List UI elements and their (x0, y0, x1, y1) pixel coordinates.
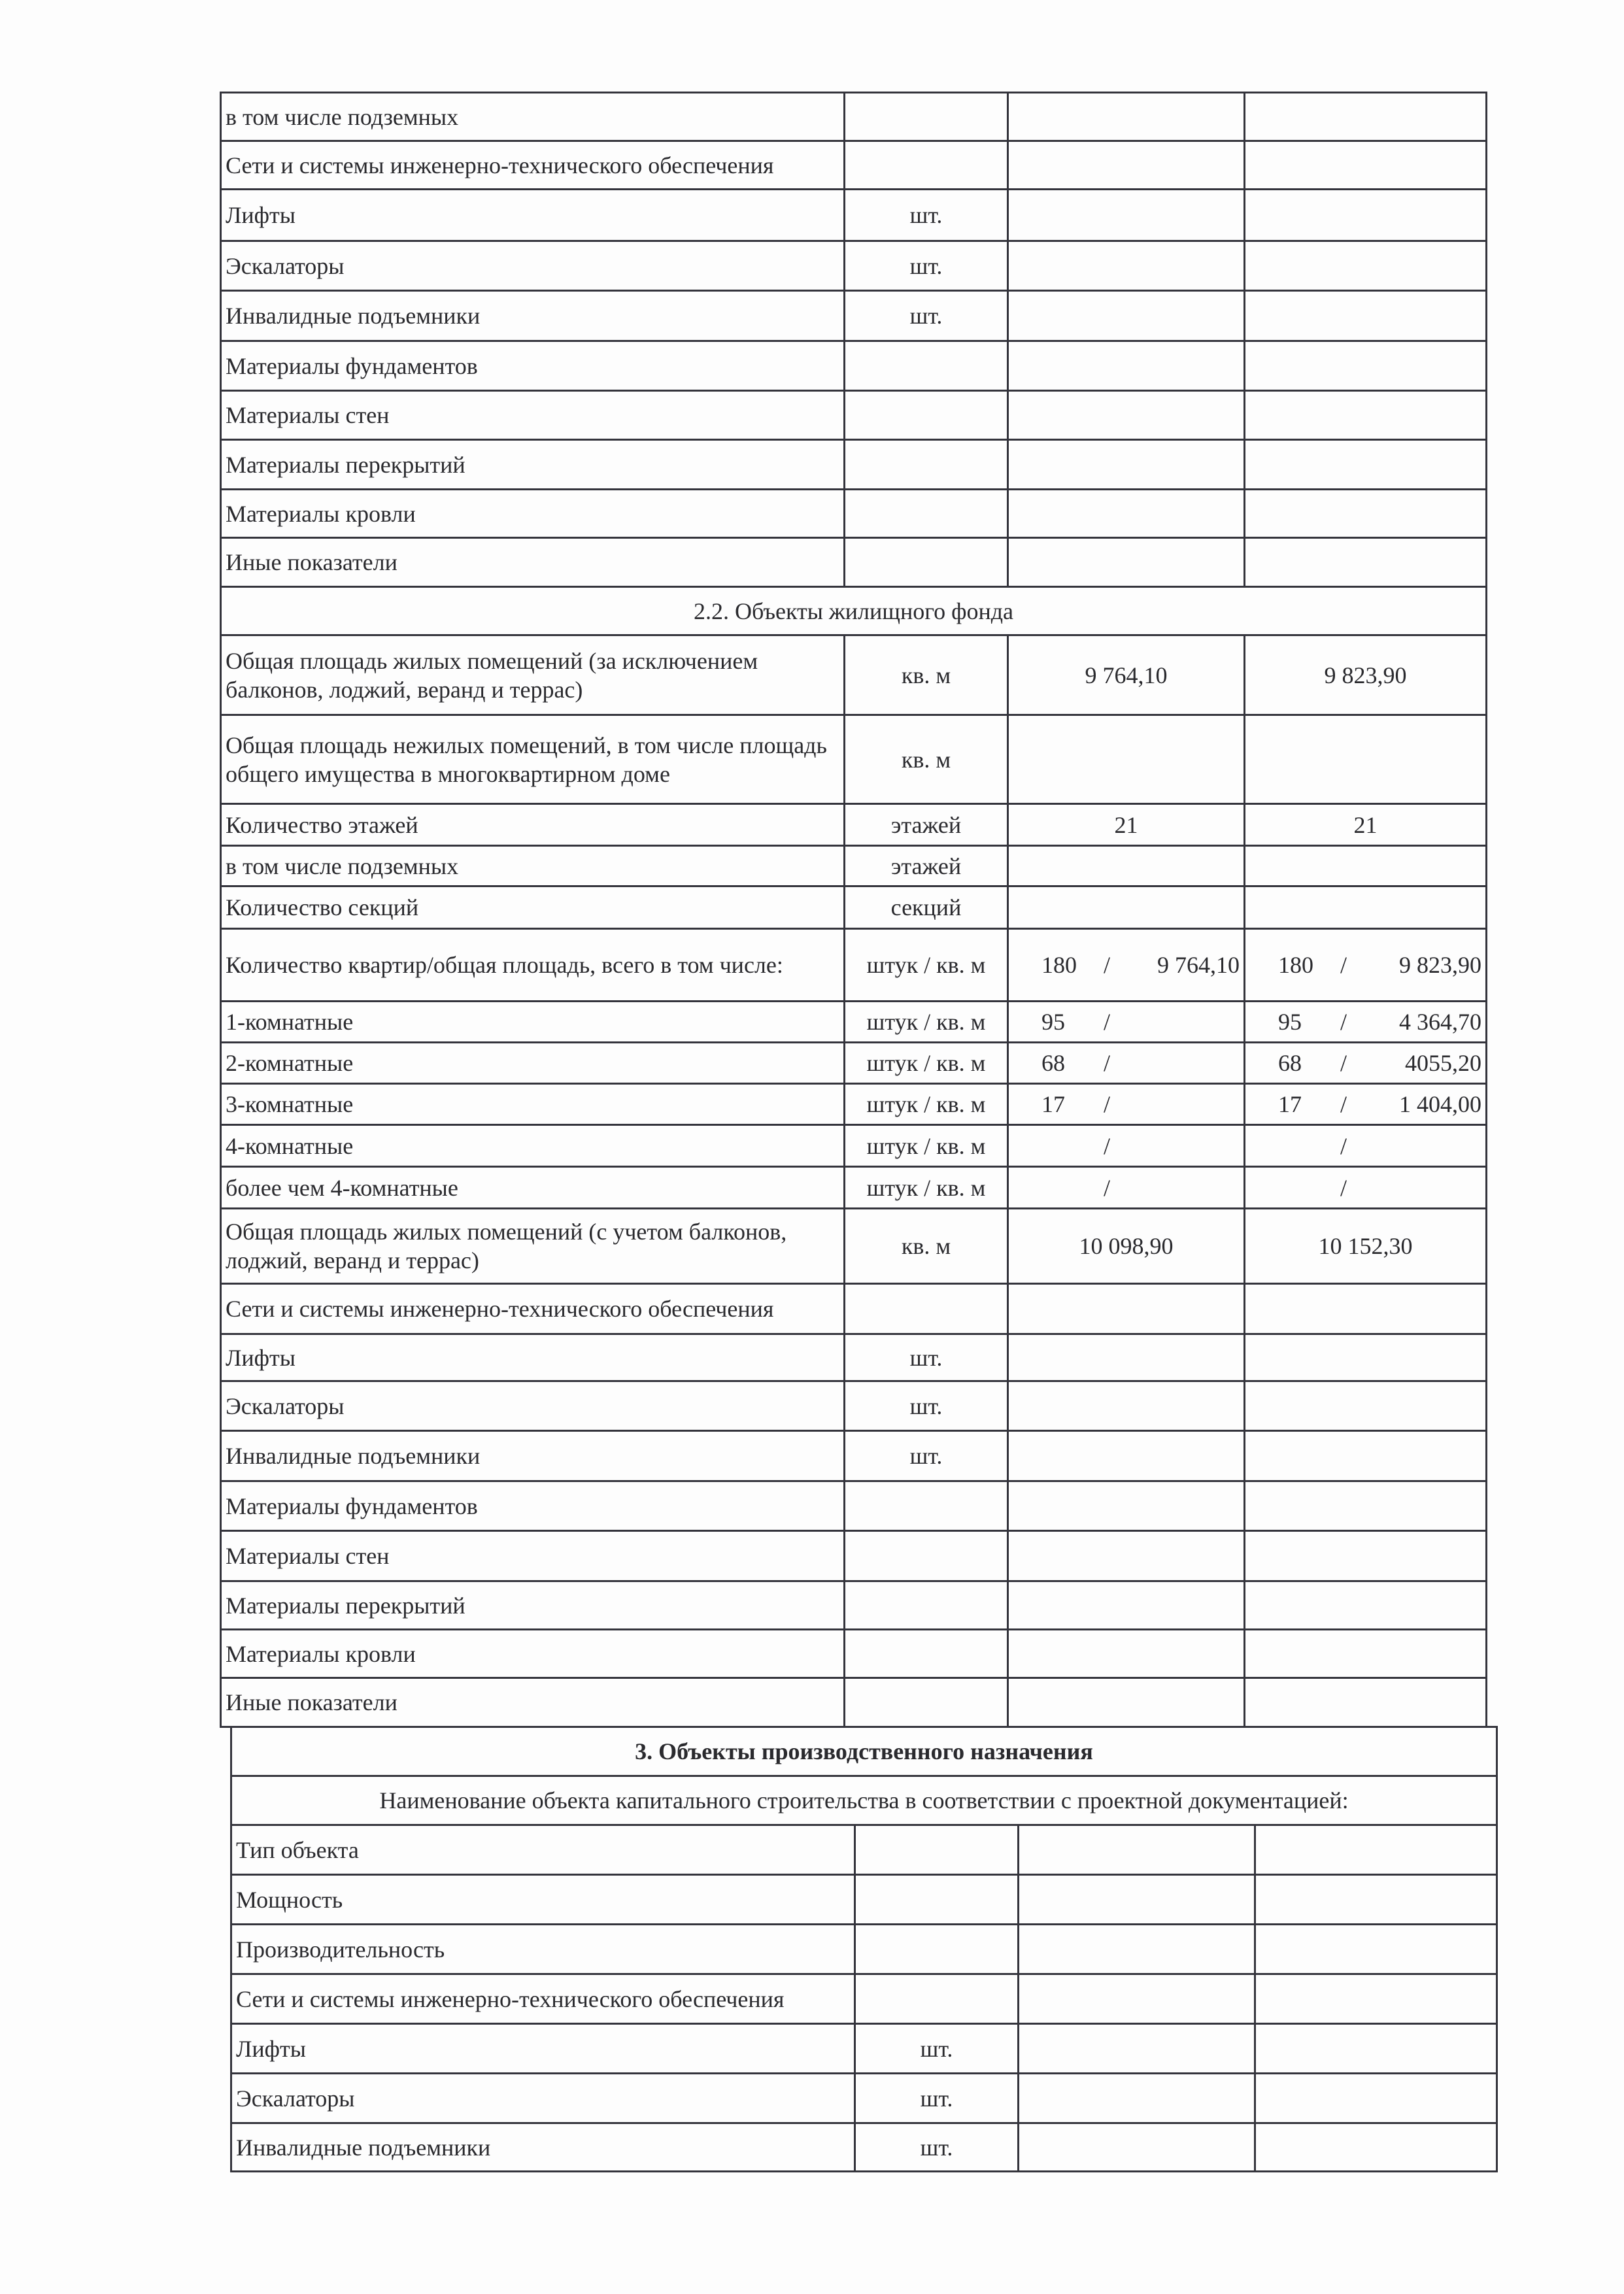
row-unit: штук / кв. м (845, 1125, 1008, 1167)
row-unit: шт. (845, 1381, 1008, 1431)
row-unit (845, 93, 1008, 141)
row-label: Материалы кровли (221, 490, 845, 538)
value-col-2: / (1245, 1167, 1487, 1209)
apartment-count: 17 (1041, 1090, 1094, 1119)
row-unit (845, 1678, 1008, 1727)
row-label: Сети и системы инженерно-технического об… (231, 1974, 855, 2024)
row-unit: шт. (855, 2074, 1019, 2123)
value-col-1 (1019, 2074, 1255, 2123)
value-col-1 (1008, 1334, 1245, 1381)
value-col-1 (1008, 538, 1245, 587)
table-row: Инвалидные подъемникишт. (231, 2123, 1497, 2172)
value-col-2 (1245, 490, 1487, 538)
row-unit: штук / кв. м (845, 1167, 1008, 1209)
separator-slash: / (1330, 1173, 1357, 1202)
apartment-row: 4-комнатныештук / кв. м// (221, 1125, 1487, 1167)
row-label: Материалы стен (221, 391, 845, 440)
section-header-housing: 2.2. Объекты жилищного фонда (221, 587, 1487, 635)
value-col-2 (1255, 2024, 1497, 2074)
value-col-2 (1245, 1531, 1487, 1581)
apartment-row: более чем 4-комнатныештук / кв. м// (221, 1167, 1487, 1209)
table-row: Общая площадь жилых помещений (с учетом … (221, 1209, 1487, 1284)
table-row: Иные показатели (221, 1678, 1487, 1727)
row-unit: этажей (845, 804, 1008, 846)
row-unit (855, 1875, 1019, 1925)
row-label: в том числе подземных (221, 846, 845, 886)
row-unit: кв. м (845, 715, 1008, 804)
value-col-2 (1245, 440, 1487, 490)
count-area-pair: 95/4 364,70 (1249, 1007, 1481, 1036)
table-row: Инвалидные подъемникишт. (221, 291, 1487, 341)
value-col-1 (1008, 886, 1245, 929)
apartment-count: 95 (1041, 1007, 1094, 1036)
value-col-1 (1008, 1381, 1245, 1431)
table-row: в том числе подземныхэтажей (221, 846, 1487, 886)
count-area-pair: 17/ (1013, 1090, 1240, 1119)
section-header-production: 3. Объекты производственного назначения (231, 1727, 1497, 1776)
row-label: Эскалаторы (221, 241, 845, 291)
value-col-2 (1245, 846, 1487, 886)
value-col-1 (1008, 93, 1245, 141)
apartment-count: 68 (1278, 1049, 1330, 1077)
value-col-2 (1255, 1825, 1497, 1875)
row-label: Общая площадь жилых помещений (с учетом … (221, 1209, 845, 1284)
table-row: Эскалаторышт. (231, 2074, 1497, 2123)
table-row: Материалы кровли (221, 490, 1487, 538)
table-row: Материалы стен (221, 1531, 1487, 1581)
table-row: Сети и системы инженерно-технического об… (221, 1284, 1487, 1334)
value-col-1: 10 098,90 (1008, 1209, 1245, 1284)
row-label: Количество квартир/общая площадь, всего … (221, 929, 845, 1002)
row-unit: секций (845, 886, 1008, 929)
value-col-2 (1245, 1481, 1487, 1531)
row-label: Лифты (221, 190, 845, 241)
value-col-2 (1255, 1974, 1497, 2024)
section-subtitle-production: Наименование объекта капитального строит… (231, 1776, 1497, 1825)
row-unit (845, 490, 1008, 538)
apartment-count: 68 (1041, 1049, 1094, 1077)
separator-slash: / (1094, 1090, 1120, 1119)
value-col-2 (1245, 141, 1487, 190)
value-col-2 (1245, 1334, 1487, 1381)
value-col-2 (1245, 190, 1487, 241)
row-unit: шт. (845, 1334, 1008, 1381)
value-col-1 (1019, 1974, 1255, 2024)
row-unit (845, 1630, 1008, 1678)
row-label: Общая площадь нежилых помещений, в том ч… (221, 715, 845, 804)
row-unit (845, 1481, 1008, 1531)
row-label: более чем 4-комнатные (221, 1167, 845, 1209)
table-row: Общая площадь нежилых помещений, в том ч… (221, 715, 1487, 804)
value-col-1 (1008, 1678, 1245, 1727)
row-label: Общая площадь жилых помещений (за исключ… (221, 635, 845, 715)
value-col-1 (1008, 391, 1245, 440)
row-unit (845, 538, 1008, 587)
row-unit: кв. м (845, 635, 1008, 715)
separator-slash: / (1094, 1007, 1120, 1036)
value-col-1 (1008, 341, 1245, 391)
value-col-2 (1245, 1284, 1487, 1334)
row-label: Материалы кровли (221, 1630, 845, 1678)
apartment-row: Количество квартир/общая площадь, всего … (221, 929, 1487, 1002)
count-area-pair: 180/9 764,10 (1013, 951, 1240, 979)
row-label: 2-комнатные (221, 1043, 845, 1084)
row-unit (845, 1581, 1008, 1630)
value-col-2: / (1245, 1125, 1487, 1167)
table-row: Количество секцийсекций (221, 886, 1487, 929)
value-col-1 (1019, 1825, 1255, 1875)
row-label: Лифты (231, 2024, 855, 2074)
value-col-2 (1255, 1925, 1497, 1974)
table-row: Эскалаторышт. (221, 1381, 1487, 1431)
table-row: Лифтышт. (231, 2024, 1497, 2074)
row-label: Тип объекта (231, 1825, 855, 1875)
value-col-1: 9 764,10 (1008, 635, 1245, 715)
table-row: Производительность (231, 1925, 1497, 1974)
value-col-2 (1245, 715, 1487, 804)
row-unit (845, 1531, 1008, 1581)
value-col-2: 17/1 404,00 (1245, 1084, 1487, 1125)
value-col-1: 68/ (1008, 1043, 1245, 1084)
row-unit: шт. (845, 1431, 1008, 1481)
value-col-1 (1008, 1431, 1245, 1481)
value-col-2: 10 152,30 (1245, 1209, 1487, 1284)
row-label: 3-комнатные (221, 1084, 845, 1125)
production-objects-table: 3. Объекты производственного назначенияН… (230, 1726, 1498, 2172)
apartment-count: 180 (1278, 951, 1330, 979)
section-header-housing-text: 2.2. Объекты жилищного фонда (221, 587, 1487, 635)
row-unit (855, 1825, 1019, 1875)
count-area-pair: / (1249, 1173, 1481, 1202)
separator-slash: / (1330, 1049, 1357, 1077)
count-area-pair: 180/9 823,90 (1249, 951, 1481, 979)
value-col-1: / (1008, 1167, 1245, 1209)
separator-slash: / (1330, 1007, 1357, 1036)
row-unit (855, 1974, 1019, 2024)
value-col-2 (1245, 1630, 1487, 1678)
value-col-2 (1245, 886, 1487, 929)
row-label: Сети и системы инженерно-технического об… (221, 141, 845, 190)
row-label: Инвалидные подъемники (231, 2123, 855, 2172)
apartment-row: 3-комнатныештук / кв. м17/17/1 404,00 (221, 1084, 1487, 1125)
row-unit: шт. (855, 2123, 1019, 2172)
row-unit (845, 1284, 1008, 1334)
row-label: Материалы перекрытий (221, 1581, 845, 1630)
row-label: Лифты (221, 1334, 845, 1381)
table-row: Лифтышт. (221, 1334, 1487, 1381)
value-col-2 (1245, 1431, 1487, 1481)
value-col-1 (1008, 490, 1245, 538)
value-col-2 (1245, 538, 1487, 587)
count-area-pair: / (1249, 1132, 1481, 1160)
row-unit: шт. (845, 241, 1008, 291)
row-label: 1-комнатные (221, 1002, 845, 1043)
row-label: Материалы фундаментов (221, 341, 845, 391)
row-unit: штук / кв. м (845, 929, 1008, 1002)
row-label: Эскалаторы (221, 1381, 845, 1431)
value-col-1 (1019, 2123, 1255, 2172)
table-row: Общая площадь жилых помещений (за исключ… (221, 635, 1487, 715)
table-row: Количество этажейэтажей2121 (221, 804, 1487, 846)
row-label: Иные показатели (221, 1678, 845, 1727)
value-col-1 (1008, 241, 1245, 291)
value-col-2: 9 823,90 (1245, 635, 1487, 715)
count-area-pair: 68/ (1013, 1049, 1240, 1077)
row-unit (845, 341, 1008, 391)
separator-slash: / (1094, 1173, 1120, 1202)
table-row: Мощность (231, 1875, 1497, 1925)
row-label: Материалы фундаментов (221, 1481, 845, 1531)
table-row: Лифтышт. (221, 190, 1487, 241)
row-label: Инвалидные подъемники (221, 1431, 845, 1481)
separator-slash: / (1330, 1090, 1357, 1119)
value-col-2 (1245, 1381, 1487, 1431)
value-col-1: 180/9 764,10 (1008, 929, 1245, 1002)
row-unit: шт. (845, 190, 1008, 241)
apartment-count: 17 (1278, 1090, 1330, 1119)
count-area-pair: 17/1 404,00 (1249, 1090, 1481, 1119)
row-label: Мощность (231, 1875, 855, 1925)
apartment-row: 1-комнатныештук / кв. м95/95/4 364,70 (221, 1002, 1487, 1043)
value-col-1 (1019, 2024, 1255, 2074)
table-row: Сети и системы инженерно-технического об… (221, 141, 1487, 190)
value-col-1 (1008, 440, 1245, 490)
table-row: Иные показатели (221, 538, 1487, 587)
apartment-count: 180 (1041, 951, 1094, 979)
table-row: Материалы фундаментов (221, 341, 1487, 391)
value-col-1 (1008, 1630, 1245, 1678)
table-row: Эскалаторышт. (221, 241, 1487, 291)
value-col-1 (1008, 1284, 1245, 1334)
row-unit (845, 141, 1008, 190)
table-row: Материалы перекрытий (221, 440, 1487, 490)
separator-slash: / (1094, 951, 1120, 979)
apartment-area: 9 764,10 (1120, 951, 1240, 979)
apartment-area: 9 823,90 (1357, 951, 1481, 979)
value-col-2: 180/9 823,90 (1245, 929, 1487, 1002)
count-area-pair: 68/4055,20 (1249, 1049, 1481, 1077)
section-header-production-text: 3. Объекты производственного назначения (231, 1727, 1497, 1776)
characteristics-table: в том числе подземныхСети и системы инже… (220, 92, 1487, 1728)
separator-slash: / (1094, 1132, 1120, 1160)
value-col-2 (1245, 1581, 1487, 1630)
value-col-1: 17/ (1008, 1084, 1245, 1125)
value-col-2: 21 (1245, 804, 1487, 846)
table-row: Инвалидные подъемникишт. (221, 1431, 1487, 1481)
value-col-2 (1255, 1875, 1497, 1925)
value-col-2 (1245, 341, 1487, 391)
row-unit: шт. (855, 2024, 1019, 2074)
row-unit: штук / кв. м (845, 1002, 1008, 1043)
row-unit (845, 440, 1008, 490)
apartment-count: 95 (1278, 1007, 1330, 1036)
value-col-2 (1245, 241, 1487, 291)
count-area-pair: 95/ (1013, 1007, 1240, 1036)
apartment-row: 2-комнатныештук / кв. м68/68/4055,20 (221, 1043, 1487, 1084)
table-row: в том числе подземных (221, 93, 1487, 141)
value-col-1 (1008, 141, 1245, 190)
row-label: Количество этажей (221, 804, 845, 846)
value-col-2: 95/4 364,70 (1245, 1002, 1487, 1043)
value-col-1 (1008, 1531, 1245, 1581)
value-col-2 (1245, 291, 1487, 341)
value-col-1: / (1008, 1125, 1245, 1167)
row-label: Инвалидные подъемники (221, 291, 845, 341)
value-col-1: 95/ (1008, 1002, 1245, 1043)
value-col-2: 68/4055,20 (1245, 1043, 1487, 1084)
value-col-2 (1245, 391, 1487, 440)
value-col-1 (1019, 1875, 1255, 1925)
table-row: Сети и системы инженерно-технического об… (231, 1974, 1497, 2024)
count-area-pair: / (1013, 1132, 1240, 1160)
row-label: Производительность (231, 1925, 855, 1974)
value-col-1 (1019, 1925, 1255, 1974)
row-label: Эскалаторы (231, 2074, 855, 2123)
value-col-2 (1255, 2123, 1497, 2172)
value-col-2 (1245, 1678, 1487, 1727)
row-label: Иные показатели (221, 538, 845, 587)
apartment-area: 4 364,70 (1357, 1007, 1481, 1036)
value-col-1 (1008, 715, 1245, 804)
separator-slash: / (1330, 951, 1357, 979)
value-col-1: 21 (1008, 804, 1245, 846)
row-unit: шт. (845, 291, 1008, 341)
table-row: Материалы стен (221, 391, 1487, 440)
value-col-2 (1245, 93, 1487, 141)
row-unit (845, 391, 1008, 440)
value-col-2 (1255, 2074, 1497, 2123)
separator-slash: / (1330, 1132, 1357, 1160)
row-unit (855, 1925, 1019, 1974)
section-subtitle-production-text: Наименование объекта капитального строит… (231, 1776, 1497, 1825)
apartment-area: 4055,20 (1357, 1049, 1481, 1077)
value-col-1 (1008, 1481, 1245, 1531)
document-page: в том числе подземныхСети и системы инже… (0, 0, 1624, 2294)
apartment-area: 1 404,00 (1357, 1090, 1481, 1119)
count-area-pair: / (1013, 1173, 1240, 1202)
row-label: Материалы перекрытий (221, 440, 845, 490)
row-label: в том числе подземных (221, 93, 845, 141)
row-label: Материалы стен (221, 1531, 845, 1581)
row-label: Сети и системы инженерно-технического об… (221, 1284, 845, 1334)
value-col-1 (1008, 846, 1245, 886)
value-col-1 (1008, 1581, 1245, 1630)
table-row: Материалы фундаментов (221, 1481, 1487, 1531)
separator-slash: / (1094, 1049, 1120, 1077)
row-unit: этажей (845, 846, 1008, 886)
row-label: 4-комнатные (221, 1125, 845, 1167)
row-unit: штук / кв. м (845, 1043, 1008, 1084)
row-unit: штук / кв. м (845, 1084, 1008, 1125)
value-col-1 (1008, 190, 1245, 241)
table-row: Тип объекта (231, 1825, 1497, 1875)
value-col-1 (1008, 291, 1245, 341)
row-unit: кв. м (845, 1209, 1008, 1284)
table-row: Материалы перекрытий (221, 1581, 1487, 1630)
table-row: Материалы кровли (221, 1630, 1487, 1678)
row-label: Количество секций (221, 886, 845, 929)
